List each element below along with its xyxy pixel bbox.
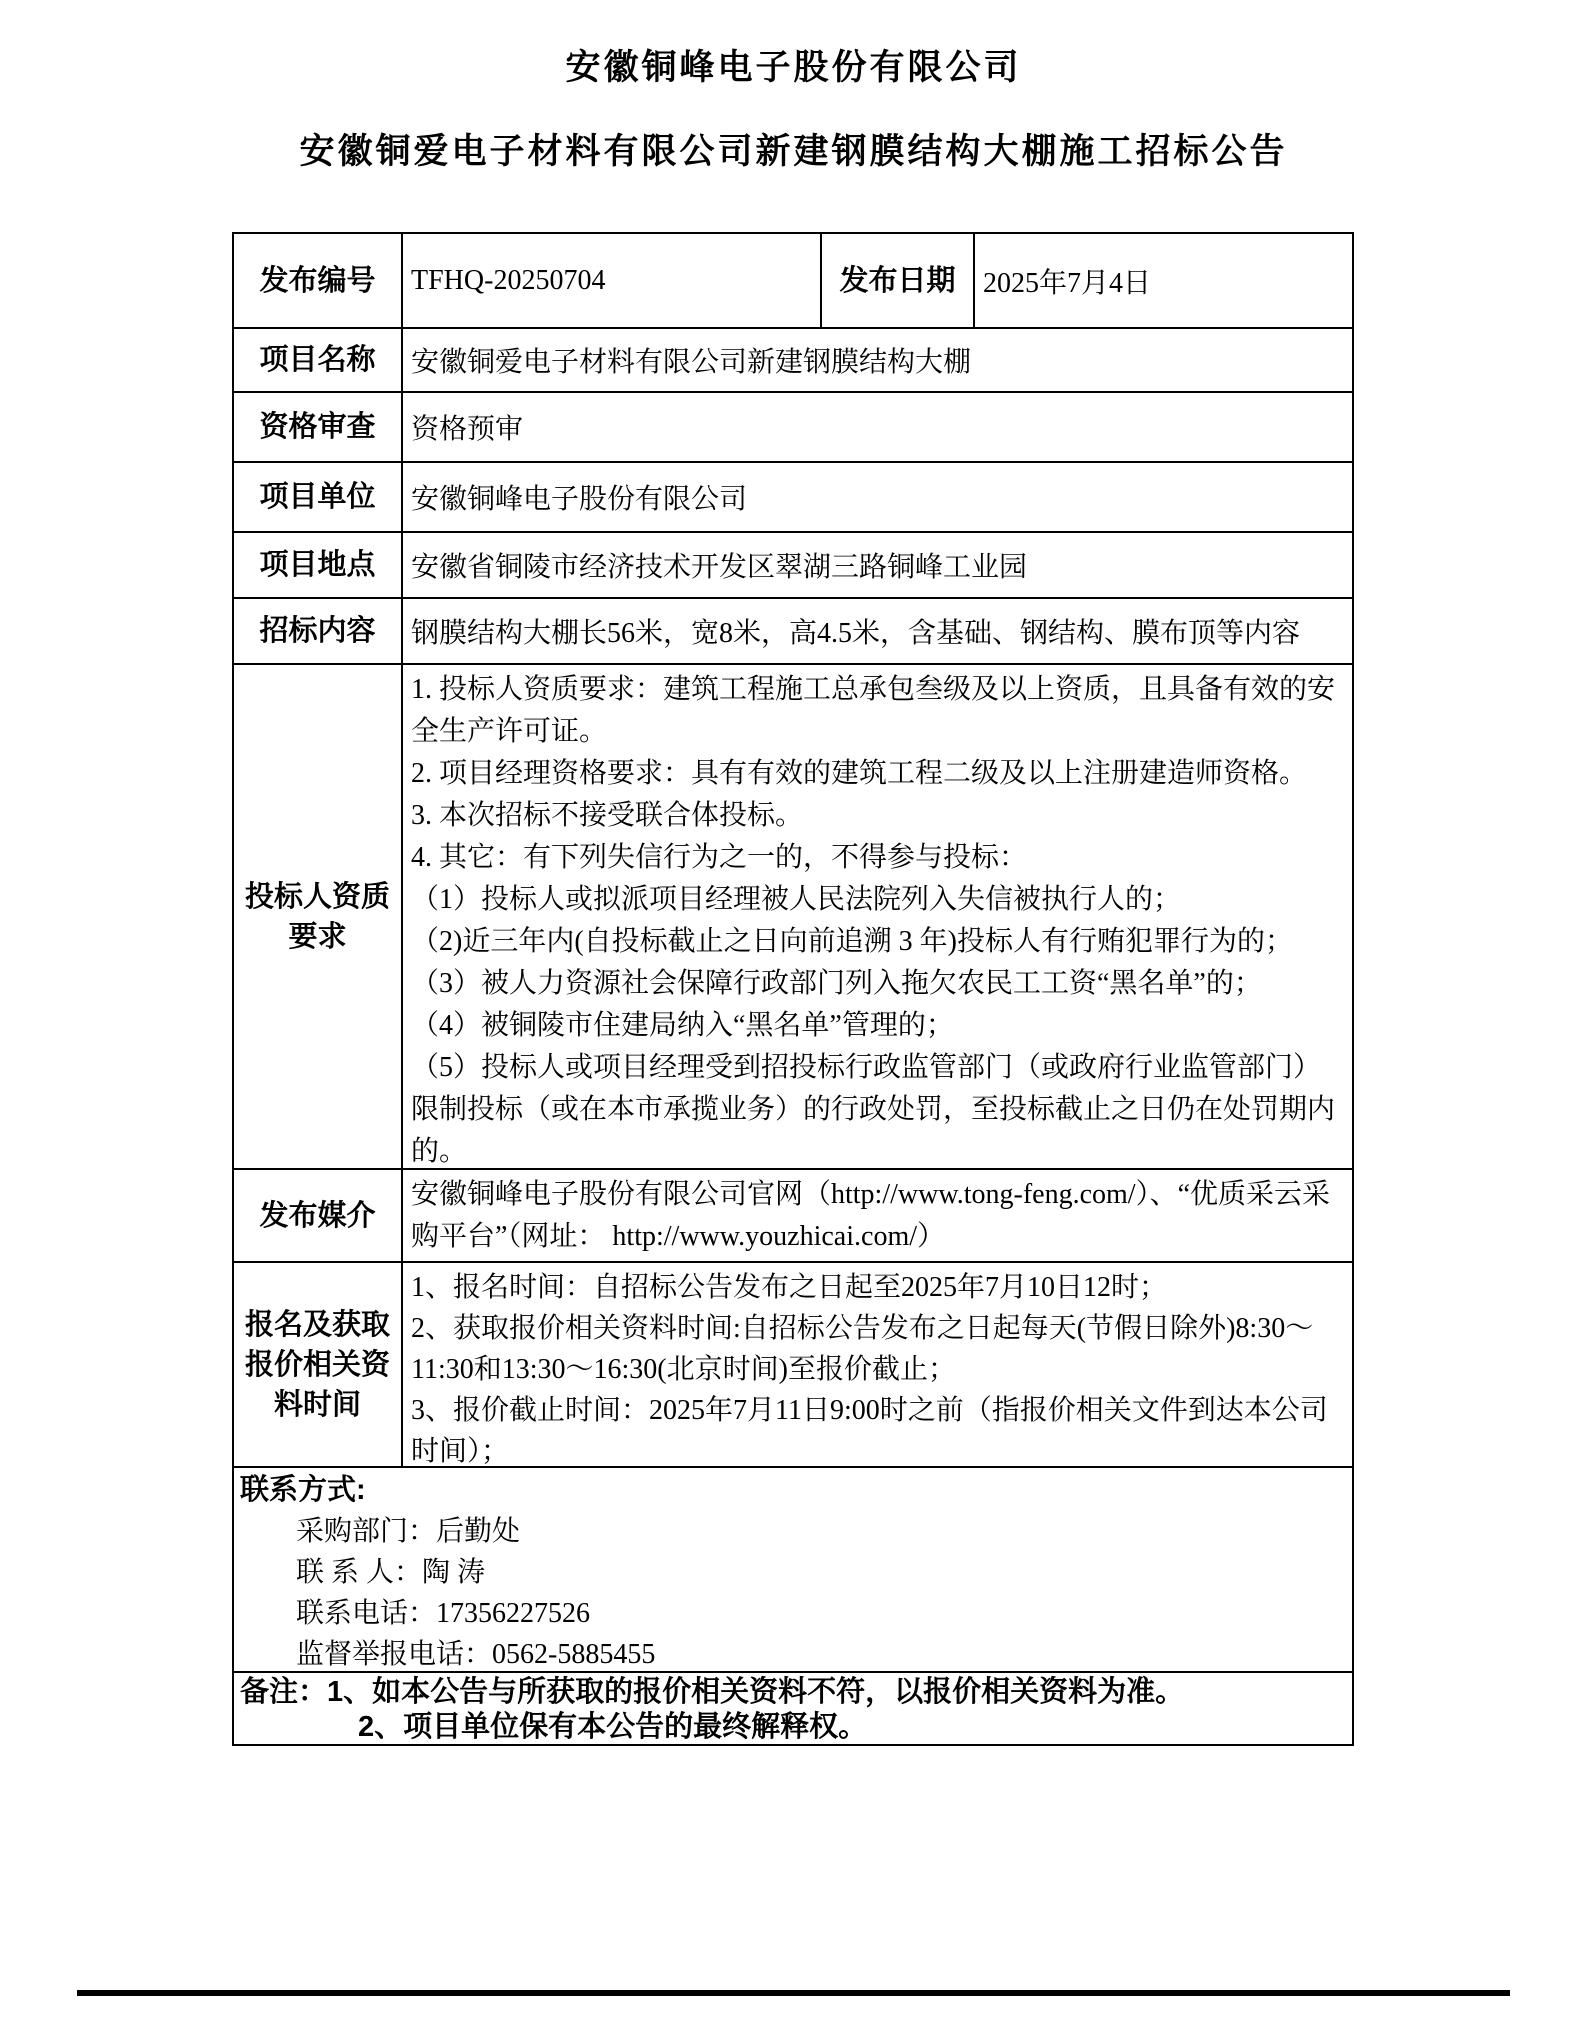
company-title: 安徽铜峰电子股份有限公司	[0, 40, 1587, 90]
remark-line1: 备注：1、如本公告与所获取的报价相关资料不符，以报价相关资料为准。	[240, 1675, 1346, 1710]
qualification-item: （3）被人力资源社会保障行政部门列入拖欠农民工工资“黑名单”的；	[411, 963, 1346, 1005]
qualification-item: （2)近三年内(自投标截止之日向前追溯 3 年)投标人有行贿犯罪行为的；	[411, 921, 1346, 963]
project-name-value: 安徽铜爱电子材料有限公司新建钢膜结构大棚	[403, 329, 1352, 391]
qualification-review-label: 资格审查	[234, 393, 403, 461]
project-unit-label: 项目单位	[234, 463, 403, 531]
footer-separator-line	[77, 1990, 1510, 1996]
contact-person: 联 系 人：陶 涛	[296, 1552, 1346, 1593]
table-row-bidder-qualification: 投标人资质 要求 1. 投标人资质要求：建筑工程施工总承包叁级及以上资质，且具备…	[234, 663, 1352, 1168]
qualification-item: 2. 项目经理资格要求：具有有效的建筑工程二级及以上注册建造师资格。	[411, 753, 1346, 795]
table-row-project-unit: 项目单位 安徽铜峰电子股份有限公司	[234, 461, 1352, 531]
table-row-contact: 联系方式: 采购部门：后勤处 联 系 人：陶 涛 联系电话：1735622752…	[234, 1466, 1352, 1671]
contact-heading: 联系方式:	[240, 1470, 1346, 1511]
schedule-label-line3: 料时间	[274, 1385, 361, 1425]
project-location-label: 项目地点	[234, 533, 403, 597]
schedule-label-line2: 报价相关资	[245, 1345, 390, 1385]
table-row-publish-media: 发布媒介 安徽铜峰电子股份有限公司官网（http://www.tong-feng…	[234, 1168, 1352, 1261]
table-row-qualification-review: 资格审查 资格预审	[234, 391, 1352, 461]
contact-phone: 联系电话：17356227526	[296, 1593, 1346, 1634]
qualification-item: （5）投标人或项目经理受到招投标行政监管部门（或政府行业监管部门）限制投标（或在…	[411, 1047, 1346, 1173]
bidder-qualification-label: 投标人资质 要求	[234, 665, 403, 1168]
table-row-tender-content: 招标内容 钢膜结构大棚长56米，宽8米，高4.5米，含基础、钢结构、膜布顶等内容	[234, 597, 1352, 663]
publish-no-value: TFHQ-20250704	[403, 234, 822, 327]
remark-line2: 2、项目单位保有本公告的最终解释权。	[358, 1710, 1346, 1745]
bidder-qualification-label-line1: 投标人资质	[245, 877, 390, 917]
announcement-title: 安徽铜爱电子材料有限公司新建钢膜结构大棚施工招标公告	[0, 124, 1587, 174]
contact-supervision-phone: 监督举报电话：0562-5885455	[296, 1634, 1346, 1675]
tender-content-value: 钢膜结构大棚长56米，宽8米，高4.5米，含基础、钢结构、膜布顶等内容	[403, 599, 1352, 663]
tender-info-table: 发布编号 TFHQ-20250704 发布日期 2025年7月4日 项目名称 安…	[232, 232, 1354, 1746]
table-row-project-name: 项目名称 安徽铜爱电子材料有限公司新建钢膜结构大棚	[234, 327, 1352, 391]
table-row-schedule: 报名及获取 报价相关资 料时间 1、报名时间：自招标公告发布之日起至2025年7…	[234, 1261, 1352, 1466]
publish-media-label: 发布媒介	[234, 1170, 403, 1261]
publish-media-value: 安徽铜峰电子股份有限公司官网（http://www.tong-feng.com/…	[403, 1170, 1352, 1261]
bidder-qualification-label-line2: 要求	[288, 917, 346, 957]
qualification-item: 3. 本次招标不接受联合体投标。	[411, 795, 1346, 837]
qualification-item: 4. 其它：有下列失信行为之一的，不得参与投标：	[411, 837, 1346, 879]
remark-section: 备注：1、如本公告与所获取的报价相关资料不符，以报价相关资料为准。 2、项目单位…	[234, 1673, 1352, 1744]
project-location-value: 安徽省铜陵市经济技术开发区翠湖三路铜峰工业园	[403, 533, 1352, 597]
qualification-item: （1）投标人或拟派项目经理被人民法院列入失信被执行人的；	[411, 879, 1346, 921]
publish-date-value: 2025年7月4日	[975, 234, 1352, 327]
contact-section: 联系方式: 采购部门：后勤处 联 系 人：陶 涛 联系电话：1735622752…	[234, 1468, 1352, 1671]
schedule-label: 报名及获取 报价相关资 料时间	[234, 1263, 403, 1466]
contact-department: 采购部门：后勤处	[296, 1511, 1346, 1552]
schedule-item: 1、报名时间：自招标公告发布之日起至2025年7月10日12时；	[411, 1267, 1346, 1308]
table-row-remark: 备注：1、如本公告与所获取的报价相关资料不符，以报价相关资料为准。 2、项目单位…	[234, 1671, 1352, 1744]
table-row-project-location: 项目地点 安徽省铜陵市经济技术开发区翠湖三路铜峰工业园	[234, 531, 1352, 597]
schedule-item: 2、获取报价相关资料时间:自招标公告发布之日起每天(节假日除外)8:30～11:…	[411, 1308, 1346, 1390]
project-name-label: 项目名称	[234, 329, 403, 391]
tender-content-label: 招标内容	[234, 599, 403, 663]
document-page: 安徽铜峰电子股份有限公司 安徽铜爱电子材料有限公司新建钢膜结构大棚施工招标公告 …	[0, 0, 1587, 2044]
qualification-review-value: 资格预审	[403, 393, 1352, 461]
publish-media-text: 安徽铜峰电子股份有限公司官网（http://www.tong-feng.com/…	[411, 1174, 1346, 1258]
bidder-qualification-value: 1. 投标人资质要求：建筑工程施工总承包叁级及以上资质，且具备有效的安全生产许可…	[403, 665, 1352, 1168]
publish-date-label: 发布日期	[822, 234, 975, 327]
schedule-item: 3、报价截止时间：2025年7月11日9:00时之前（指报价相关文件到达本公司时…	[411, 1390, 1346, 1472]
table-row-publish: 发布编号 TFHQ-20250704 发布日期 2025年7月4日	[234, 234, 1352, 327]
qualification-item: 1. 投标人资质要求：建筑工程施工总承包叁级及以上资质，且具备有效的安全生产许可…	[411, 669, 1346, 753]
schedule-label-line1: 报名及获取	[245, 1305, 390, 1345]
qualification-item: （4）被铜陵市住建局纳入“黑名单”管理的；	[411, 1005, 1346, 1047]
schedule-value: 1、报名时间：自招标公告发布之日起至2025年7月10日12时； 2、获取报价相…	[403, 1263, 1352, 1466]
publish-no-label: 发布编号	[234, 234, 403, 327]
project-unit-value: 安徽铜峰电子股份有限公司	[403, 463, 1352, 531]
